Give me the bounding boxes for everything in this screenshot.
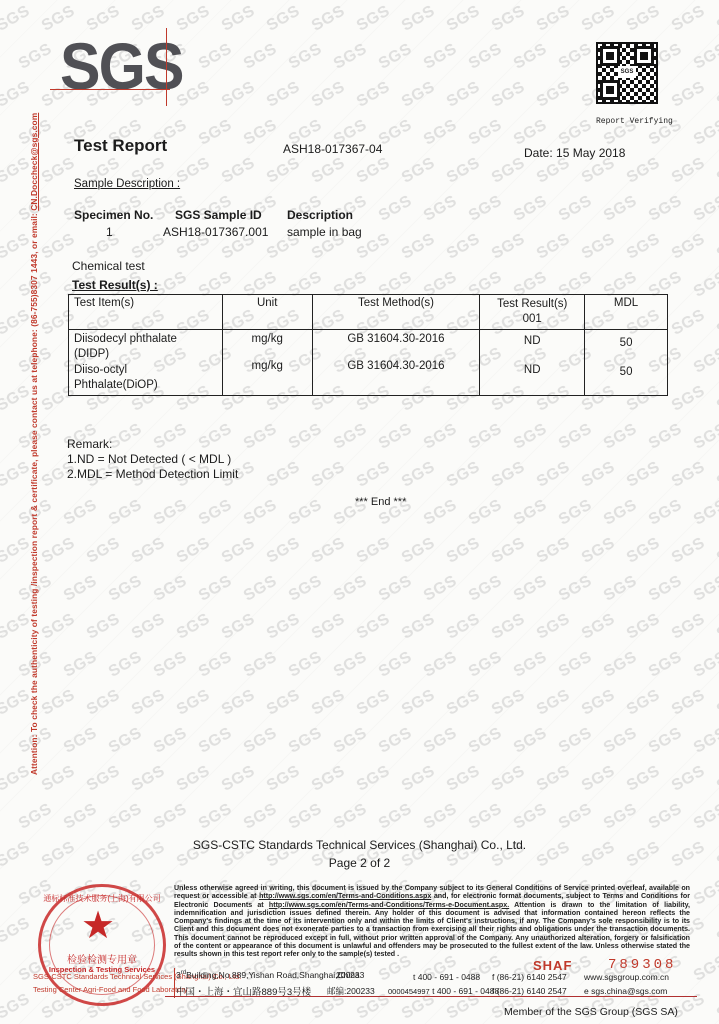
watermark-tile: SGS xyxy=(691,724,719,757)
watermark-tile: SGS xyxy=(691,648,719,681)
page-title: Test Report xyxy=(74,136,167,156)
watermark-tile: SGS xyxy=(196,572,236,605)
watermark-tile: SGS xyxy=(264,154,304,187)
watermark-tile: SGS xyxy=(129,534,169,567)
watermark-tile: SGS xyxy=(556,572,596,605)
remarks-block: Remark: 1.ND = Not Detected ( < MDL ) 2.… xyxy=(67,437,238,482)
watermark-tile: SGS xyxy=(129,610,169,643)
watermark-tile: SGS xyxy=(669,610,709,643)
watermark-tile: SGS xyxy=(264,458,304,491)
watermark-tile: SGS xyxy=(669,382,709,415)
watermark-tile: SGS xyxy=(39,534,79,567)
watermark-tile: SGS xyxy=(669,306,709,339)
unit-cell: mg/kg mg/kg xyxy=(222,330,312,396)
mdl-value: 50 xyxy=(590,336,662,351)
watermark-tile: SGS xyxy=(174,762,214,795)
watermark-tile: SGS xyxy=(691,952,719,985)
watermark-tile: SGS xyxy=(466,420,506,453)
watermark-tile: SGS xyxy=(466,724,506,757)
watermark-tile: SGS xyxy=(444,78,484,111)
watermark-tile: SGS xyxy=(646,192,686,225)
watermark-tile: SGS xyxy=(219,610,259,643)
watermark-tile: SGS xyxy=(264,2,304,35)
qr-code-icon[interactable]: SGS xyxy=(596,42,658,104)
watermark-tile: SGS xyxy=(534,686,574,719)
watermark-tile: SGS xyxy=(489,610,529,643)
header-unit: Unit xyxy=(222,295,312,330)
disclaimer-text: Attention is drawn to the limitation of … xyxy=(174,901,690,959)
watermark-tile: SGS xyxy=(241,116,281,149)
serial-overprint: 0000454997 xyxy=(388,987,430,996)
watermark-tile: SGS xyxy=(241,724,281,757)
table-body-row: Diisodecyl phthalate (DIDP) Diiso-octyl … xyxy=(69,330,668,396)
watermark-tile: SGS xyxy=(151,724,191,757)
specimen-no-header: Specimen No. xyxy=(74,208,153,222)
watermark-tile: SGS xyxy=(669,458,709,491)
header-test-method: Test Method(s) xyxy=(312,295,480,330)
watermark-tile: SGS xyxy=(444,458,484,491)
watermark-tile: SGS xyxy=(489,154,529,187)
watermark-tile: SGS xyxy=(624,2,664,35)
watermark-tile: SGS xyxy=(534,458,574,491)
watermark-tile: SGS xyxy=(669,762,709,795)
watermark-tile: SGS xyxy=(399,762,439,795)
watermark-tile: SGS xyxy=(466,648,506,681)
watermark-tile: SGS xyxy=(714,154,719,187)
watermark-tile: SGS xyxy=(714,686,719,719)
watermark-tile: SGS xyxy=(264,534,304,567)
watermark-tile: SGS xyxy=(579,230,619,263)
address-chinese-zip: 邮编:200233 xyxy=(327,985,375,997)
watermark-tile: SGS xyxy=(714,230,719,263)
watermark-tile: SGS xyxy=(601,192,641,225)
watermark-tile: SGS xyxy=(61,572,101,605)
qr-finder-top-right xyxy=(634,46,654,66)
terms-conditions-link[interactable]: http://www.sgs.com/en/Terms-and-Conditio… xyxy=(259,892,431,900)
seal-ring-text: 通标标准技术服务(上海)有限公司 xyxy=(41,893,163,904)
watermark-tile: SGS xyxy=(511,800,551,833)
watermark-tile: SGS xyxy=(714,382,719,415)
authenticity-notice-text: Attention: To check the authenticity of … xyxy=(29,211,39,775)
test-item-name: Diisodecyl phthalate xyxy=(74,332,217,347)
watermark-tile: SGS xyxy=(309,610,349,643)
watermark-tile: SGS xyxy=(714,534,719,567)
watermark-tile: SGS xyxy=(646,648,686,681)
watermark-tile: SGS xyxy=(309,458,349,491)
test-category: Chemical test xyxy=(72,259,145,273)
watermark-tile: SGS xyxy=(556,192,596,225)
watermark-tile: SGS xyxy=(376,800,416,833)
watermark-tile: SGS xyxy=(714,458,719,491)
e-document-terms-link[interactable]: http://www.sgs.com/en/Terms-and-Conditio… xyxy=(269,901,509,909)
watermark-tile: SGS xyxy=(714,306,719,339)
watermark-tile: SGS xyxy=(196,800,236,833)
watermark-tile: SGS xyxy=(691,192,719,225)
watermark-tile: SGS xyxy=(286,40,326,73)
watermark-tile: SGS xyxy=(264,762,304,795)
watermark-tile: SGS xyxy=(264,610,304,643)
watermark-tile: SGS xyxy=(376,192,416,225)
report-date: Date: 15 May 2018 xyxy=(524,146,625,160)
watermark-tile: SGS xyxy=(286,420,326,453)
watermark-tile: SGS xyxy=(511,40,551,73)
watermark-tile: SGS xyxy=(151,572,191,605)
unit-value: mg/kg xyxy=(228,332,307,347)
watermark-tile: SGS xyxy=(421,800,461,833)
watermark-tile: SGS xyxy=(601,648,641,681)
watermark-tile: SGS xyxy=(466,40,506,73)
watermark-tile: SGS xyxy=(354,610,394,643)
watermark-tile: SGS xyxy=(579,2,619,35)
watermark-tile: SGS xyxy=(714,914,719,947)
watermark-tile: SGS xyxy=(286,800,326,833)
mdl-cell: 50 50 xyxy=(585,330,668,396)
watermark-tile: SGS xyxy=(579,686,619,719)
qr-center-label: SGS xyxy=(618,66,636,78)
watermark-tile: SGS xyxy=(489,762,529,795)
watermark-tile: SGS xyxy=(714,78,719,111)
address-chinese: 中国・上海・宜山路889号3号楼 xyxy=(176,984,311,998)
email-link[interactable]: e sgs.china@sgs.com xyxy=(584,986,667,996)
watermark-tile: SGS xyxy=(421,192,461,225)
watermark-tile: SGS xyxy=(61,496,101,529)
watermark-tile: SGS xyxy=(601,572,641,605)
watermark-tile: SGS xyxy=(376,572,416,605)
watermark-tile: SGS xyxy=(669,230,709,263)
watermark-tile: SGS xyxy=(421,40,461,73)
watermark-tile: SGS xyxy=(534,2,574,35)
watermark-tile: SGS xyxy=(624,686,664,719)
watermark-tile: SGS xyxy=(714,990,719,1023)
table-header-row: Test Item(s) Unit Test Method(s) Test Re… xyxy=(69,295,668,330)
specimen-no-value: 1 xyxy=(106,225,113,239)
watermark-tile: SGS xyxy=(219,762,259,795)
header-mdl: MDL xyxy=(585,295,668,330)
watermark-tile: SGS xyxy=(421,724,461,757)
watermark-tile: SGS xyxy=(286,724,326,757)
watermark-tile: SGS xyxy=(556,648,596,681)
watermark-tile: SGS xyxy=(511,420,551,453)
watermark-tile: SGS xyxy=(399,78,439,111)
watermark-tile: SGS xyxy=(421,648,461,681)
watermark-tile: SGS xyxy=(376,40,416,73)
watermark-tile: SGS xyxy=(489,458,529,491)
watermark-tile: SGS xyxy=(534,610,574,643)
watermark-tile: SGS xyxy=(16,40,56,73)
watermark-tile: SGS xyxy=(219,2,259,35)
watermark-tile: SGS xyxy=(646,420,686,453)
watermark-tile: SGS xyxy=(511,648,551,681)
watermark-tile: SGS xyxy=(534,762,574,795)
watermark-tile: SGS xyxy=(624,458,664,491)
watermark-tile: SGS xyxy=(669,686,709,719)
watermark-tile: SGS xyxy=(354,534,394,567)
watermark-tile: SGS xyxy=(376,648,416,681)
watermark-tile: SGS xyxy=(241,496,281,529)
sample-id-header: SGS Sample ID xyxy=(175,208,262,222)
remark-item: 2.MDL = Method Detection Limit xyxy=(67,467,238,482)
sample-id-value: ASH18-017367.001 xyxy=(163,225,268,239)
watermark-tile: SGS xyxy=(309,2,349,35)
test-method-value: GB 31604.30-2016 xyxy=(318,332,475,347)
watermark-tile: SGS xyxy=(219,686,259,719)
watermark-tile: SGS xyxy=(624,154,664,187)
watermark-tile: SGS xyxy=(646,724,686,757)
watermark-tile: SGS xyxy=(61,724,101,757)
telephone-with-serial: 0000454997 t 400 - 691 - 0488 xyxy=(388,986,499,996)
watermark-tile: SGS xyxy=(264,78,304,111)
test-method-cell: GB 31604.30-2016 GB 31604.30-2016 xyxy=(312,330,480,396)
watermark-tile: SGS xyxy=(196,648,236,681)
watermark-tile: SGS xyxy=(84,686,124,719)
watermark-tile: SGS xyxy=(691,116,719,149)
doccheck-email-link[interactable]: CN.Doccheck@sgs.com xyxy=(29,113,39,211)
watermark-tile: SGS xyxy=(579,458,619,491)
test-results-table: Test Item(s) Unit Test Method(s) Test Re… xyxy=(68,294,668,396)
address-rule-vertical xyxy=(174,968,175,998)
watermark-tile: SGS xyxy=(691,800,719,833)
watermark-tile: SGS xyxy=(579,534,619,567)
address-street: Building,No.889,Yishan Road,Shanghai,Chi… xyxy=(186,970,360,980)
report-number: ASH18-017367-04 xyxy=(283,142,382,156)
watermark-tile: SGS xyxy=(646,572,686,605)
watermark-tile: SGS xyxy=(106,572,146,605)
watermark-tile: SGS xyxy=(61,648,101,681)
watermark-tile: SGS xyxy=(556,40,596,73)
watermark-tile: SGS xyxy=(0,2,33,35)
watermark-tile: SGS xyxy=(556,724,596,757)
watermark-tile: SGS xyxy=(376,420,416,453)
watermark-tile: SGS xyxy=(489,534,529,567)
watermark-tile: SGS xyxy=(534,534,574,567)
watermark-tile: SGS xyxy=(669,2,709,35)
watermark-tile: SGS xyxy=(354,78,394,111)
legal-disclaimer: Unless otherwise agreed in writing, this… xyxy=(174,884,690,959)
watermark-tile: SGS xyxy=(691,420,719,453)
test-item-name: Diiso-octyl xyxy=(74,363,217,378)
watermark-tile: SGS xyxy=(691,572,719,605)
watermark-tile: SGS xyxy=(714,2,719,35)
serial-number: 789308 xyxy=(608,957,676,973)
watermark-tile: SGS xyxy=(331,572,371,605)
watermark-tile: SGS xyxy=(151,800,191,833)
watermark-tile: SGS xyxy=(354,458,394,491)
description-header: Description xyxy=(287,208,353,222)
watermark-tile: SGS xyxy=(714,762,719,795)
watermark-tile: SGS xyxy=(511,496,551,529)
qr-caption: Report Verifying xyxy=(596,117,673,126)
watermark-tile: SGS xyxy=(399,154,439,187)
description-value: sample in bag xyxy=(287,225,362,239)
watermark-tile: SGS xyxy=(511,116,551,149)
test-item-abbrev: (DIDP) xyxy=(74,347,217,362)
authenticity-notice: Attention: To check the authenticity of … xyxy=(29,145,39,775)
seal-center-cn: 检验检测专用章 xyxy=(41,951,163,966)
watermark-tile: SGS xyxy=(129,686,169,719)
watermark-tile: SGS xyxy=(624,610,664,643)
watermark-tile: SGS xyxy=(691,268,719,301)
qr-finder-top-left xyxy=(600,46,620,66)
watermark-tile: SGS xyxy=(624,534,664,567)
test-results-heading: Test Result(s) : xyxy=(72,278,158,292)
telephone: t 400 - 691 - 0488 xyxy=(413,972,480,982)
watermark-tile: SGS xyxy=(241,800,281,833)
watermark-tile: SGS xyxy=(444,686,484,719)
test-item-cell: Diisodecyl phthalate (DIDP) Diiso-octyl … xyxy=(69,330,223,396)
watermark-tile: SGS xyxy=(556,800,596,833)
watermark-tile: SGS xyxy=(444,2,484,35)
watermark-tile: SGS xyxy=(601,800,641,833)
watermark-tile: SGS xyxy=(444,762,484,795)
watermark-tile: SGS xyxy=(39,762,79,795)
watermark-tile: SGS xyxy=(489,686,529,719)
watermark-tile: SGS xyxy=(669,534,709,567)
watermark-tile: SGS xyxy=(39,154,79,187)
watermark-tile: SGS xyxy=(0,78,33,111)
watermark-tile: SGS xyxy=(331,648,371,681)
watermark-tile: SGS xyxy=(0,914,33,947)
watermark-tile: SGS xyxy=(106,800,146,833)
watermark-tile: SGS xyxy=(84,534,124,567)
watermark-tile: SGS xyxy=(489,78,529,111)
lab-name-line2: Testing Center Agri-Food and Food Labora… xyxy=(33,985,188,994)
watermark-tile: SGS xyxy=(646,496,686,529)
watermark-tile: SGS xyxy=(196,40,236,73)
watermark-tile: SGS xyxy=(61,800,101,833)
watermark-tile: SGS xyxy=(466,572,506,605)
watermark-tile: SGS xyxy=(309,78,349,111)
watermark-tile: SGS xyxy=(444,230,484,263)
watermark-tile: SGS xyxy=(466,496,506,529)
watermark-tile: SGS xyxy=(399,686,439,719)
watermark-tile: SGS xyxy=(489,2,529,35)
header-test-item: Test Item(s) xyxy=(69,295,223,330)
watermark-tile: SGS xyxy=(241,420,281,453)
watermark-tile: SGS xyxy=(241,40,281,73)
watermark-tile: SGS xyxy=(624,762,664,795)
watermark-tile: SGS xyxy=(444,610,484,643)
watermark-tile: SGS xyxy=(354,2,394,35)
watermark-tile: SGS xyxy=(309,762,349,795)
fax: f (86-21) 6140 2547 xyxy=(492,972,567,982)
watermark-tile: SGS xyxy=(106,724,146,757)
watermark-tile: SGS xyxy=(354,762,394,795)
watermark-tile: SGS xyxy=(106,496,146,529)
watermark-tile: SGS xyxy=(421,116,461,149)
watermark-tile: SGS xyxy=(421,420,461,453)
remarks-title: Remark: xyxy=(67,437,238,452)
watermark-tile: SGS xyxy=(534,78,574,111)
remark-item: 1.ND = Not Detected ( < MDL ) xyxy=(67,452,238,467)
watermark-tile: SGS xyxy=(646,800,686,833)
watermark-tile: SGS xyxy=(241,572,281,605)
watermark-tile: SGS xyxy=(174,610,214,643)
website-link[interactable]: www.sgsgroup.com.cn xyxy=(584,972,669,982)
watermark-tile: SGS xyxy=(601,420,641,453)
mdl-value: 50 xyxy=(590,365,662,380)
watermark-tile: SGS xyxy=(691,876,719,909)
watermark-tile: SGS xyxy=(556,496,596,529)
watermark-tile: SGS xyxy=(84,610,124,643)
header-test-result-sample: 001 xyxy=(485,312,579,327)
watermark-tile: SGS xyxy=(309,686,349,719)
watermark-tile: SGS xyxy=(219,534,259,567)
sample-description-heading: Sample Description : xyxy=(74,178,180,190)
qr-finder-bottom-left xyxy=(600,80,620,100)
watermark-tile: SGS xyxy=(511,724,551,757)
watermark-tile: SGS xyxy=(421,572,461,605)
watermark-tile: SGS xyxy=(331,800,371,833)
watermark-tile: SGS xyxy=(286,648,326,681)
sgs-group-membership: Member of the SGS Group (SGS SA) xyxy=(504,1006,678,1018)
watermark-tile: SGS xyxy=(399,230,439,263)
watermark-tile: SGS xyxy=(669,154,709,187)
watermark-tile: SGS xyxy=(309,534,349,567)
watermark-tile: SGS xyxy=(466,800,506,833)
watermark-tile: SGS xyxy=(421,496,461,529)
watermark-tile: SGS xyxy=(399,534,439,567)
watermark-tile: SGS xyxy=(286,572,326,605)
watermark-tile: SGS xyxy=(714,610,719,643)
watermark-tile: SGS xyxy=(624,230,664,263)
test-method-value: GB 31604.30-2016 xyxy=(318,359,475,374)
header-test-result: Test Result(s) 001 xyxy=(480,295,585,330)
watermark-tile: SGS xyxy=(106,648,146,681)
watermark-tile: SGS xyxy=(489,230,529,263)
watermark-tile: SGS xyxy=(466,192,506,225)
test-item-abbrev: Phthalate(DiOP) xyxy=(74,378,217,393)
watermark-tile: SGS xyxy=(129,762,169,795)
watermark-tile: SGS xyxy=(354,686,394,719)
watermark-tile: SGS xyxy=(286,496,326,529)
watermark-tile: SGS xyxy=(16,800,56,833)
watermark-tile: SGS xyxy=(376,724,416,757)
watermark-tile: SGS xyxy=(556,116,596,149)
page-number: Page 2 of 2 xyxy=(0,856,719,870)
watermark-tile: SGS xyxy=(331,420,371,453)
watermark-tile: SGS xyxy=(691,344,719,377)
company-name: SGS-CSTC Standards Technical Services (S… xyxy=(0,838,719,852)
test-result-cell: ND ND xyxy=(480,330,585,396)
watermark-tile: SGS xyxy=(399,2,439,35)
watermark-tile: SGS xyxy=(354,154,394,187)
watermark-tile: SGS xyxy=(399,610,439,643)
watermark-tile: SGS xyxy=(196,724,236,757)
logo-vertical-rule xyxy=(166,28,167,106)
watermark-tile: SGS xyxy=(39,686,79,719)
watermark-tile: SGS xyxy=(39,610,79,643)
watermark-tile: SGS xyxy=(331,40,371,73)
header-test-result-label: Test Result(s) xyxy=(485,297,579,312)
watermark-tile: SGS xyxy=(241,648,281,681)
fax-secondary: f (86-21) 6140 2547 xyxy=(492,986,567,996)
watermark-tile: SGS xyxy=(219,78,259,111)
watermark-tile: SGS xyxy=(84,762,124,795)
watermark-tile: SGS xyxy=(196,116,236,149)
watermark-tile: SGS xyxy=(691,40,719,73)
watermark-tile: SGS xyxy=(444,154,484,187)
watermark-tile: SGS xyxy=(264,686,304,719)
watermark-tile: SGS xyxy=(0,990,33,1023)
star-icon: ★ xyxy=(81,907,115,945)
watermark-tile: SGS xyxy=(151,648,191,681)
end-marker: *** End *** xyxy=(355,496,406,508)
watermark-tile: SGS xyxy=(466,116,506,149)
address-zip: 200233 xyxy=(336,970,364,980)
watermark-tile: SGS xyxy=(399,458,439,491)
watermark-tile: SGS xyxy=(219,154,259,187)
logo-underline-rule xyxy=(50,89,170,90)
